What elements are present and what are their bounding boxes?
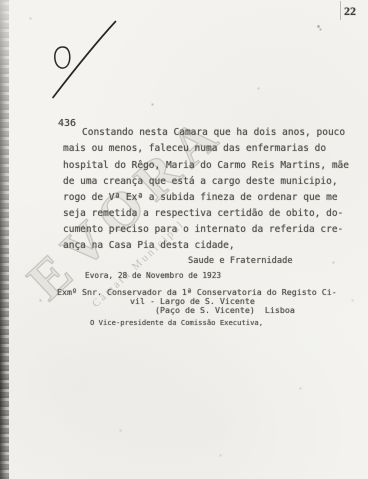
dateline: Evora, 28 de Novembro de 1923 xyxy=(85,271,221,280)
reference-number: 436 xyxy=(58,118,76,129)
body-line: Constando nesta Camara que ha dois anos,… xyxy=(82,127,345,138)
body-line: de uma creança que está a cargo deste mu… xyxy=(63,176,338,187)
page-number-tick xyxy=(340,1,341,20)
page-number: 22 xyxy=(344,4,356,19)
body-line: rogo de Vª Exª a subida fineza de ordena… xyxy=(63,192,338,203)
body-line: hospital do Rêgo, Maria do Carmo Reis Ma… xyxy=(63,160,349,171)
address-line: (Paço de S. Vicente) Lisboa xyxy=(155,305,295,315)
scan-binding-edge xyxy=(0,0,9,479)
body-line: seja remetida a respectiva certidão de o… xyxy=(63,208,343,219)
closing-salutation: Saude e Fraternidade xyxy=(188,256,293,266)
body-line: mais ou menos, faleceu numa das enfermar… xyxy=(63,143,326,154)
paper-noise-specks xyxy=(0,0,1,1)
body-line: cumento preciso para o internato da refe… xyxy=(63,224,343,235)
signature-line: O Vice-presidente da Comissão Executiva, xyxy=(90,318,263,327)
body-line: ança na Casa Pia desta cidade, xyxy=(63,240,235,251)
scanned-letter-page: EVORA Câmara Municipal 22 436 Constando … xyxy=(0,0,368,479)
